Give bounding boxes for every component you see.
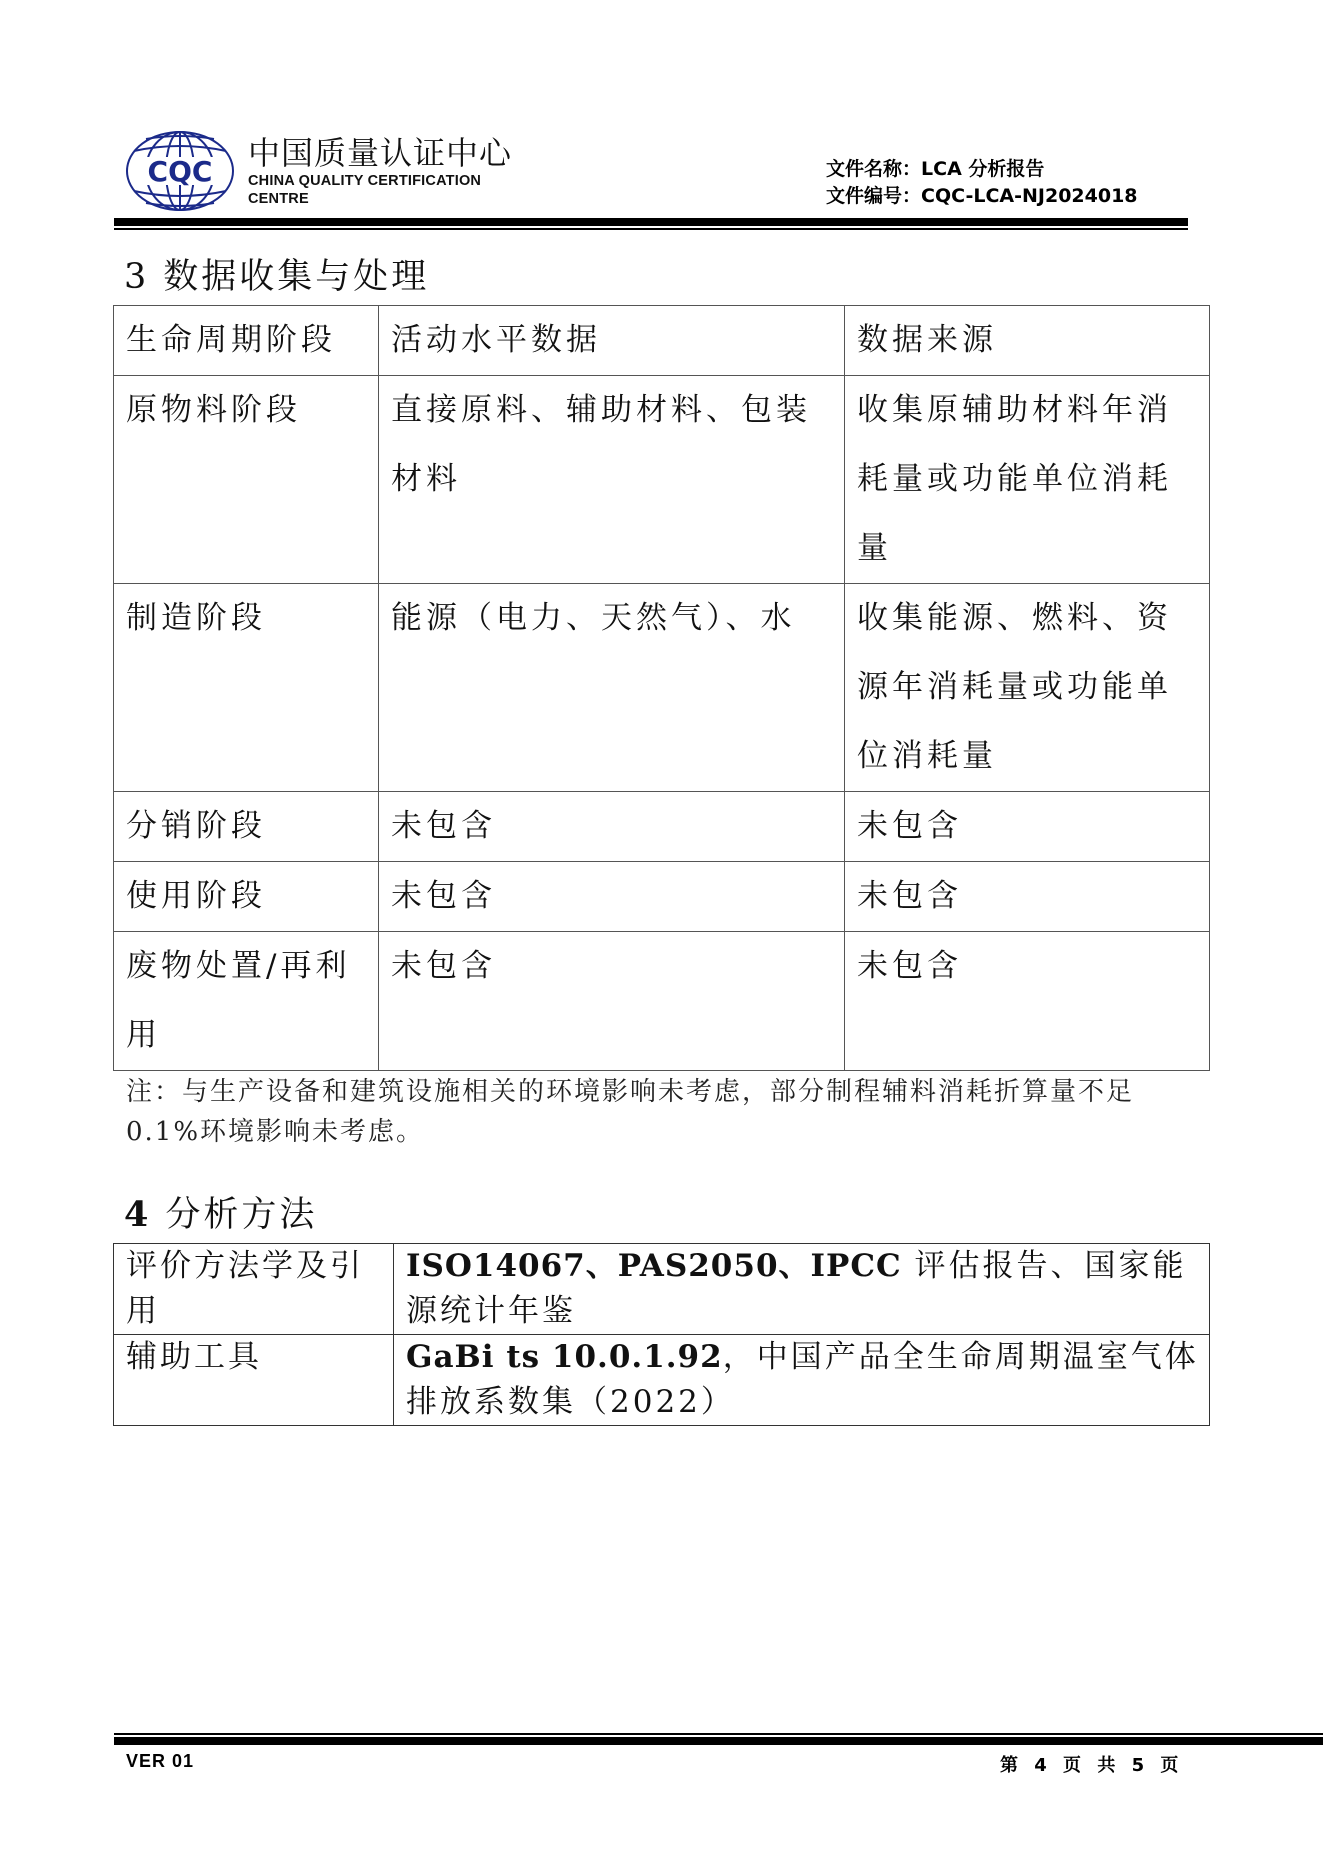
section-number: 4: [124, 1194, 151, 1235]
stage-cell: 废物处置/再利用: [114, 932, 379, 1071]
source-cell: 未包含: [845, 792, 1210, 862]
document-version: VER 01: [126, 1751, 194, 1772]
page-number: 第 4 页 共 5 页: [1000, 1751, 1183, 1777]
file-name-value: LCA 分析报告: [921, 158, 1044, 180]
activity-cell: 直接原料、辅助材料、包装材料: [379, 376, 845, 584]
tool-label-cell: 辅助工具: [114, 1335, 394, 1426]
table-row: 分销阶段 未包含 未包含: [114, 792, 1210, 862]
activity-cell: 能源（电力、天然气）、水: [379, 584, 845, 792]
section-title-text: 数据收集与处理: [163, 257, 429, 297]
table-row: 制造阶段 能源（电力、天然气）、水 收集能源、燃料、资源年消耗量或功能单位消耗量: [114, 584, 1210, 792]
stage-cell: 原物料阶段: [114, 376, 379, 584]
activity-cell: 未包含: [379, 792, 845, 862]
table-row: 原物料阶段 直接原料、辅助材料、包装材料 收集原辅助材料年消耗量或功能单位消耗量: [114, 376, 1210, 584]
header-divider: [114, 218, 1188, 230]
table-header-row: 生命周期阶段 活动水平数据 数据来源: [114, 306, 1210, 376]
table-row: 使用阶段 未包含 未包含: [114, 862, 1210, 932]
section-title-text: 分析方法: [165, 1195, 317, 1235]
stage-cell: 分销阶段: [114, 792, 379, 862]
organization-logo: CQC 中国质量认证中心 CHINA QUALITY CERTIFICATION…: [124, 128, 524, 214]
section-3-title: 3数据收集与处理: [124, 256, 429, 298]
cqc-globe-emblem-icon: CQC: [124, 129, 236, 213]
file-name-line: 文件名称：LCA 分析报告: [826, 156, 1138, 183]
footer-divider: [114, 1733, 1323, 1745]
svg-text:CQC: CQC: [148, 155, 213, 188]
method-label-cell: 评价方法学及引用: [114, 1244, 394, 1335]
table-row: 评价方法学及引用 ISO14067、PAS2050、IPCC 评估报告、国家能源…: [114, 1244, 1210, 1335]
column-header-stage: 生命周期阶段: [114, 306, 379, 376]
column-header-activity: 活动水平数据: [379, 306, 845, 376]
source-cell: 未包含: [845, 862, 1210, 932]
column-header-source: 数据来源: [845, 306, 1210, 376]
method-value-cell: ISO14067、PAS2050、IPCC 评估报告、国家能源统计年鉴: [394, 1244, 1210, 1335]
file-number-line: 文件编号：CQC-LCA-NJ2024018: [826, 183, 1138, 210]
software-version: GaBi ts 10.0.1.92: [406, 1339, 723, 1375]
section-4-title: 4分析方法: [124, 1194, 317, 1236]
standards-list: ISO14067、PAS2050、IPCC: [406, 1248, 902, 1284]
source-cell: 未包含: [845, 932, 1210, 1071]
stage-cell: 使用阶段: [114, 862, 379, 932]
document-meta: 文件名称：LCA 分析报告 文件编号：CQC-LCA-NJ2024018: [826, 156, 1138, 210]
organization-name-cn: 中国质量认证中心: [248, 134, 524, 172]
analysis-method-table: 评价方法学及引用 ISO14067、PAS2050、IPCC 评估报告、国家能源…: [113, 1243, 1210, 1426]
section-number: 3: [124, 257, 149, 297]
tool-value-cell: GaBi ts 10.0.1.92，中国产品全生命周期温室气体排放系数集（202…: [394, 1335, 1210, 1426]
activity-cell: 未包含: [379, 932, 845, 1071]
table-row: 废物处置/再利用 未包含 未包含: [114, 932, 1210, 1071]
table-row: 辅助工具 GaBi ts 10.0.1.92，中国产品全生命周期温室气体排放系数…: [114, 1335, 1210, 1426]
source-cell: 收集原辅助材料年消耗量或功能单位消耗量: [845, 376, 1210, 584]
data-collection-table: 生命周期阶段 活动水平数据 数据来源 原物料阶段 直接原料、辅助材料、包装材料 …: [113, 305, 1210, 1071]
file-name-label: 文件名称：: [826, 158, 921, 180]
stage-cell: 制造阶段: [114, 584, 379, 792]
activity-cell: 未包含: [379, 862, 845, 932]
table-footnote: 注：与生产设备和建筑设施相关的环境影响未考虑，部分制程辅料消耗折算量不足 0.1…: [126, 1072, 1206, 1152]
organization-name-en: CHINA QUALITY CERTIFICATION CENTRE: [248, 172, 524, 208]
file-number-value: CQC-LCA-NJ2024018: [921, 185, 1138, 207]
source-cell: 收集能源、燃料、资源年消耗量或功能单位消耗量: [845, 584, 1210, 792]
file-number-label: 文件编号：: [826, 185, 921, 207]
